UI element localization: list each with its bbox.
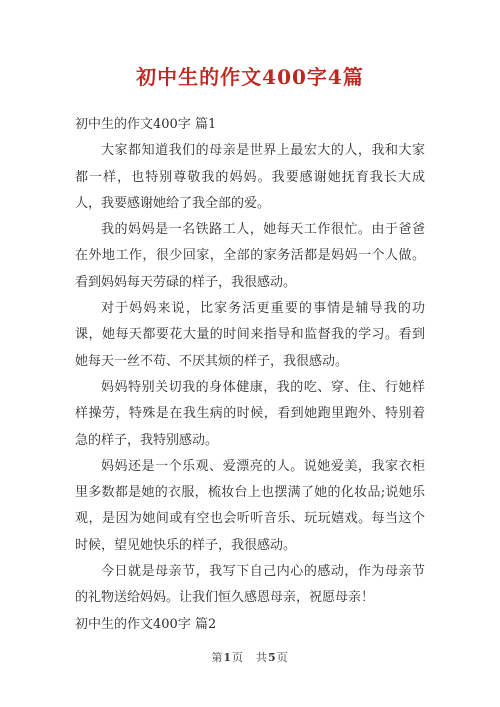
body-paragraph: 我的妈妈是一名铁路工人，她每天工作很忙。由于爸爸在外地工作，很少回家，全部的家务… xyxy=(75,217,425,296)
footer-page-prefix: 第 xyxy=(211,651,223,664)
section-heading: 初中生的作文400字 篇1 xyxy=(75,112,425,138)
document-title: 初中生的作文400字4篇 xyxy=(0,61,500,90)
body-paragraph: 大家都知道我们的母亲是世界上最宏大的人，我和大家都一样，也特别尊敬我的妈妈。我要… xyxy=(75,138,425,217)
body-paragraph: 对于妈妈来说，比家务活更重要的事情是辅导我的功课，她每天都要花大量的时间来指导和… xyxy=(75,296,425,375)
footer-page-suffix: 页 xyxy=(232,651,244,664)
footer-total-suffix: 页 xyxy=(277,651,289,664)
footer-total-prefix: 共 xyxy=(256,651,268,664)
body-paragraph: 今日就是母亲节，我写下自己内心的感动，作为母亲节的礼物送给妈妈。让我们恒久感恩母… xyxy=(75,559,425,612)
current-page-number: 1 xyxy=(223,651,232,664)
footer-total-indicator: 共5页 xyxy=(256,651,289,664)
section-heading: 初中生的作文400字 篇2 xyxy=(75,612,425,638)
body-paragraph: 妈妈还是一个乐观、爱漂亮的人。说她爱美，我家衣柜里多数都是她的衣服，梳妆台上也摆… xyxy=(75,454,425,559)
page-footer: 第1页共5页 xyxy=(0,649,500,665)
footer-page-indicator: 第1页 xyxy=(211,651,244,664)
document-body: 初中生的作文400字 篇1大家都知道我们的母亲是世界上最宏大的人，我和大家都一样… xyxy=(75,112,425,638)
body-paragraph: 妈妈特别关切我的身体健康，我的吃、穿、住、行她样样操劳，特殊是在我生病的时候，看… xyxy=(75,375,425,454)
document-page: 初中生的作文400字4篇 初中生的作文400字 篇1大家都知道我们的母亲是世界上… xyxy=(0,0,500,707)
total-pages-number: 5 xyxy=(268,651,277,664)
